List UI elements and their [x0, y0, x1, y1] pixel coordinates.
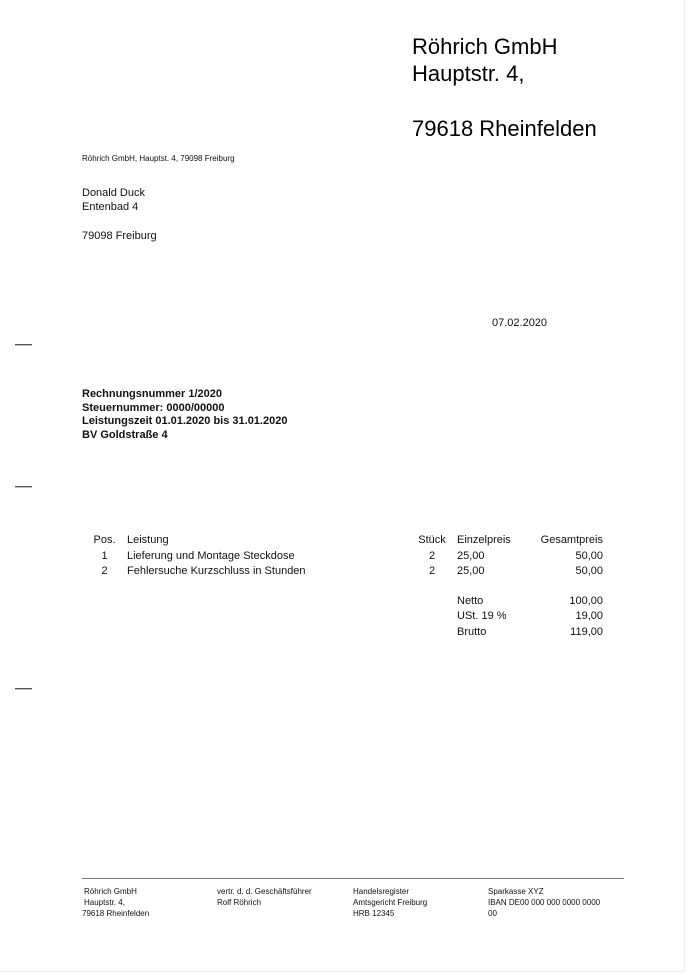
row-description: Fehlersuche Kurzschluss in Stunden [127, 564, 407, 580]
row-description: Lieferung und Montage Steckdose [127, 549, 407, 565]
net-value: 100,00 [537, 594, 603, 610]
gross-label: Brutto [457, 625, 537, 641]
footer-register-court: Amtsgericht Freiburg [353, 897, 427, 908]
footer-register-number: HRB 12345 [353, 908, 427, 919]
table-row: 2 Fehlersuche Kurzschluss in Stunden 2 2… [82, 564, 603, 580]
invoice-meta: Rechnungsnummer 1/2020 Steuernummer: 000… [82, 388, 287, 442]
footer-bank-iban: IBAN DE00 000 000 0000 0000 [488, 897, 628, 908]
fold-mark-top [15, 344, 32, 346]
header-unit-price: Einzelpreis [457, 533, 537, 549]
footer-company-city: 79618 Rheinfelden [82, 908, 149, 919]
header-pos: Pos. [82, 533, 127, 549]
return-address-line: Röhrich GmbH, Hauptst. 4, 79098 Freiburg [82, 154, 235, 164]
footer-bank-iban-cont: 00 [488, 908, 628, 919]
recipient-address: Donald Duck Entenbad 4 79098 Freiburg [82, 186, 157, 243]
service-period: Leistungszeit 01.01.2020 bis 31.01.2020 [82, 415, 287, 429]
sender-street: Hauptstr. 4, [412, 60, 597, 87]
totals-row-vat: USt. 19 % 19,00 [82, 609, 603, 625]
net-label: Netto [457, 594, 537, 610]
gross-value: 119,00 [537, 625, 603, 641]
vat-label: USt. 19 % [457, 609, 537, 625]
vat-value: 19,00 [537, 609, 603, 625]
recipient-city: 79098 Freiburg [82, 229, 157, 243]
footer-bank-name: Sparkasse XYZ [488, 886, 628, 897]
tax-number: Steuernummer: 0000/00000 [82, 402, 287, 416]
header-total-price: Gesamtpreis [537, 533, 603, 549]
row-unit-price: 25,00 [457, 564, 537, 580]
row-total-price: 50,00 [537, 564, 603, 580]
header-description: Leistung [127, 533, 407, 549]
sender-company: Röhrich GmbH [412, 33, 597, 60]
recipient-name: Donald Duck [82, 186, 157, 200]
invoice-date: 07.02.2020 [492, 316, 547, 330]
footer-bank: Sparkasse XYZ IBAN DE00 000 000 0000 000… [488, 886, 628, 919]
footer-company-street: Hauptstr. 4, [82, 897, 149, 908]
row-pos: 1 [82, 549, 127, 565]
sender-letterhead: Röhrich GmbH Hauptstr. 4, 79618 Rheinfel… [412, 33, 597, 142]
table-row: 1 Lieferung und Montage Steckdose 2 25,0… [82, 549, 603, 565]
project-reference: BV Goldstraße 4 [82, 429, 287, 443]
row-quantity: 2 [407, 564, 457, 580]
invoice-number: Rechnungsnummer 1/2020 [82, 388, 287, 402]
row-quantity: 2 [407, 549, 457, 565]
footer-company-name: Röhrich GmbH [82, 886, 149, 897]
footer-register-title: Handelsregister [353, 886, 427, 897]
punch-mark [15, 486, 32, 488]
items-table: Pos. Leistung Stück Einzelpreis Gesamtpr… [82, 533, 603, 640]
totals-row-gross: Brutto 119,00 [82, 625, 603, 641]
sender-city: 79618 Rheinfelden [412, 115, 597, 142]
invoice-page: Röhrich GmbH Hauptstr. 4, 79618 Rheinfel… [0, 0, 685, 972]
footer-register: Handelsregister Amtsgericht Freiburg HRB… [353, 886, 427, 919]
row-total-price: 50,00 [537, 549, 603, 565]
row-unit-price: 25,00 [457, 549, 537, 565]
footer-divider [82, 878, 624, 879]
recipient-street: Entenbad 4 [82, 200, 157, 214]
header-quantity: Stück [407, 533, 457, 549]
footer-company: Röhrich GmbH Hauptstr. 4, 79618 Rheinfel… [82, 886, 149, 919]
footer-management-title: vertr. d. d. Geschäftsführer [217, 886, 312, 897]
row-pos: 2 [82, 564, 127, 580]
footer-management: vertr. d. d. Geschäftsführer Rolf Röhric… [217, 886, 312, 908]
table-header-row: Pos. Leistung Stück Einzelpreis Gesamtpr… [82, 533, 603, 549]
totals-row-net: Netto 100,00 [82, 594, 603, 610]
fold-mark-bottom [15, 688, 32, 690]
footer-management-name: Rolf Röhrich [217, 897, 312, 908]
